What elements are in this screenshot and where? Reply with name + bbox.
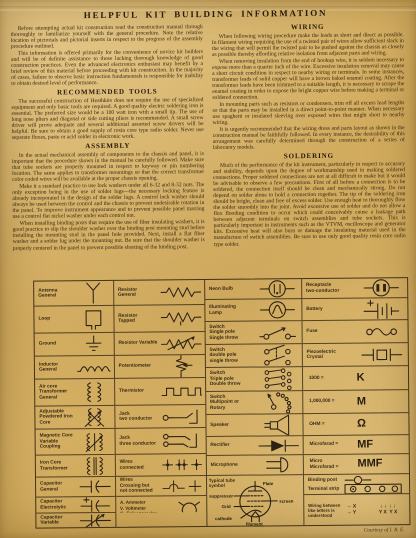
table-cell: Switch Triple pole Double throw — [206, 367, 303, 392]
assembly-paragraph-2: Make it a standard practice to use lock … — [12, 182, 204, 220]
assembly-paragraph-3: When installing binding posts that requi… — [13, 219, 205, 251]
text-columns: Before attempting actual kit constructio… — [11, 22, 406, 278]
lamp-symbol — [255, 300, 299, 319]
table-cell: Neon Bulb — [205, 279, 302, 300]
micromicrofarad-abbreviation: MMF — [357, 458, 382, 469]
potentiometer-symbol — [161, 355, 202, 378]
tools-paragraph: The successful construction of Heathkits… — [11, 97, 203, 141]
page-content: HELPFUL KIT BUILDING INFORMATION Before … — [0, 0, 416, 538]
table-cell: Illuminating Lamp — [205, 299, 302, 322]
table-cell: Battery — [302, 298, 407, 321]
section-heading-wiring: WIRING — [212, 22, 404, 32]
table-cell: Resistor General — [114, 280, 204, 306]
kilo-abbreviation: K — [357, 373, 365, 384]
loop-symbol — [75, 308, 111, 330]
jack-two-conductor-symbol — [162, 408, 203, 425]
equivalence-cell: OHM = Ω — [303, 413, 408, 436]
receptacle-symbol — [357, 278, 406, 297]
ground-symbol — [75, 335, 111, 353]
table-cell: Capacitor Electrolytic — [36, 497, 116, 514]
wiring-paragraph-3: In mounting parts such as resistors or c… — [212, 100, 404, 126]
courtesy-credit: Courtesy of I. R. E. — [3, 527, 405, 537]
crystal-symbol — [357, 346, 406, 363]
meter-symbol — [174, 497, 204, 513]
letter-pairs: ↓ ↓ ↓ ↓ Y X Y X — [369, 503, 408, 515]
svg-text:suppressor: suppressor — [209, 493, 233, 498]
speaker-symbol — [256, 414, 300, 436]
table-cell: Adjustable Powdered Iron Core — [35, 406, 115, 430]
table-cell: Loop — [34, 306, 114, 334]
table-cell: Resistor Tapped — [114, 305, 204, 333]
switch-spst-symbol — [255, 325, 299, 340]
svg-text:Plate: Plate — [263, 481, 274, 486]
wires-connected-symbol — [162, 457, 203, 472]
table-cell: Ground — [35, 333, 115, 357]
binding-terminal-cell: Binding post Terminal strip — [304, 474, 409, 495]
adjustable-core-symbol — [76, 406, 112, 428]
neon-bulb-symbol — [255, 279, 299, 298]
left-column: Before attempting actual kit constructio… — [11, 24, 205, 278]
right-column: WIRING When following wiring procedure m… — [212, 22, 406, 276]
equivalence-cell: Microfarad = MF — [303, 435, 408, 455]
equivalence-cell: 1000 = K — [303, 366, 408, 391]
fuse-symbol — [357, 325, 406, 338]
switch-rotary-symbol — [256, 391, 300, 414]
table-cell: Wires Crossing but not connected — [116, 476, 206, 497]
capacitor-symbol — [77, 479, 113, 494]
resistor-symbol — [161, 285, 202, 299]
table-cell: Inductor General — [35, 356, 115, 380]
jack-three-conductor-symbol — [162, 432, 203, 449]
intro-paragraph-1: Before attempting actual kit constructio… — [11, 24, 203, 50]
rectifier-symbol — [256, 438, 300, 453]
table-cell: Piezoelectric Crystal — [303, 343, 408, 367]
table-cell: Wires connected — [116, 454, 206, 477]
table-cell: Magnetic Core Variable Coupling — [36, 429, 116, 456]
table-cell: Rectifier — [206, 436, 303, 456]
table-cell: Receptacle two-conductor — [302, 278, 407, 299]
thermistor-symbol — [162, 385, 203, 398]
table-cell: Potentiometer — [115, 355, 205, 379]
table-cell: Jack three conductor — [115, 428, 205, 455]
battery-symbol — [357, 299, 406, 319]
table-cell: Speaker — [206, 414, 303, 437]
microfarad-abbreviation: MF — [357, 439, 373, 450]
table-cell: Resistor Variable — [114, 332, 204, 356]
antenna-symbol — [75, 282, 111, 304]
svg-text:screen: screen — [279, 499, 294, 504]
table-cell: Microphone — [206, 455, 303, 476]
wiring-equivalence-cell: Wiring between like letters is understoo… — [304, 494, 409, 525]
wiring-paragraph-1: When following wiring procedure make the… — [212, 32, 404, 58]
ohm-symbol: Ω — [357, 418, 366, 429]
air-core-transformer-symbol — [76, 380, 112, 404]
resistor-variable-symbol — [161, 335, 202, 351]
inductor-symbol — [76, 359, 112, 374]
table-cell: Jack two conductor — [115, 405, 205, 429]
switch-dpst-symbol — [255, 344, 299, 366]
wiring-paragraph-4: It is urgently recommended that the wiri… — [213, 125, 405, 151]
mega-abbreviation: M — [357, 396, 366, 407]
tube-symbol-cell: Typical tube symbol Plate suppressor scr… — [207, 475, 305, 526]
wiring-paragraph-2: When removing insulation from the end of… — [212, 57, 404, 101]
table-cell: Switch double pole single throw — [205, 344, 302, 368]
svg-text:filament: filament — [246, 521, 263, 526]
capacitor-variable-symbol — [77, 513, 113, 528]
magnetic-core-symbol — [76, 430, 112, 452]
table-cell: Thermistor — [115, 378, 205, 406]
table-cell: Capacitor Variable — [36, 513, 116, 528]
table-cell: Switch Multipoint or Rotary — [206, 391, 303, 415]
equivalence-cell: Micro Microfarad = MMF — [304, 454, 409, 475]
soldering-paragraph-1: Much of the performance of the kit instr… — [213, 161, 406, 247]
meter-cell: A. Ammeter V. Voltmeter G. Galvanometer … — [116, 496, 206, 513]
manual-page: HELPFUL KIT BUILDING INFORMATION Before … — [0, 0, 416, 538]
symbol-table-left-half: Antenna General Resistor General Loop — [34, 280, 206, 528]
section-heading-assembly: ASSEMBLY — [12, 141, 204, 151]
equivalence-cell: 1,000,000 = M — [303, 390, 408, 414]
table-cell: Iron Core Transformer — [36, 455, 116, 478]
table-cell: Air core Transformer General — [35, 379, 115, 407]
symbol-table-right-half: Neon Bulb Receptacle two-conductor Illum… — [204, 278, 410, 526]
table-cell: Switch Single pole Single throw — [205, 321, 302, 345]
svg-text:Grid: Grid — [221, 504, 230, 509]
microphone-symbol — [256, 455, 300, 474]
table-cell: Antenna General — [34, 281, 114, 307]
svg-text:cathode: cathode — [215, 516, 232, 521]
assembly-paragraph-1: In the actual mechanical assembly of com… — [12, 151, 204, 183]
page-title: HELPFUL KIT BUILDING INFORMATION — [0, 7, 414, 24]
iron-core-transformer-symbol — [77, 455, 113, 477]
switch-tpdt-symbol — [256, 367, 300, 391]
wires-not-connected-symbol — [162, 478, 203, 493]
section-heading-recommended-tools: RECOMMENDED TOOLS — [11, 88, 203, 98]
schematic-symbol-table: Antenna General Resistor General Loop — [33, 277, 410, 529]
vacuum-tube-symbol: Plate suppressor screen Grid cathode fil… — [207, 476, 303, 526]
capacitor-electrolytic-symbol — [77, 497, 113, 513]
arrow-letter-key: → X → Y — [346, 503, 366, 516]
table-cell: Fuse — [302, 320, 407, 344]
resistor-tapped-symbol — [161, 310, 202, 326]
intro-paragraph-2: This information is offered primarily fo… — [11, 49, 203, 87]
table-cell: Capacitor General — [36, 477, 116, 498]
terminal-strip-symbol — [344, 482, 402, 495]
section-heading-soldering: SOLDERING — [213, 151, 405, 161]
